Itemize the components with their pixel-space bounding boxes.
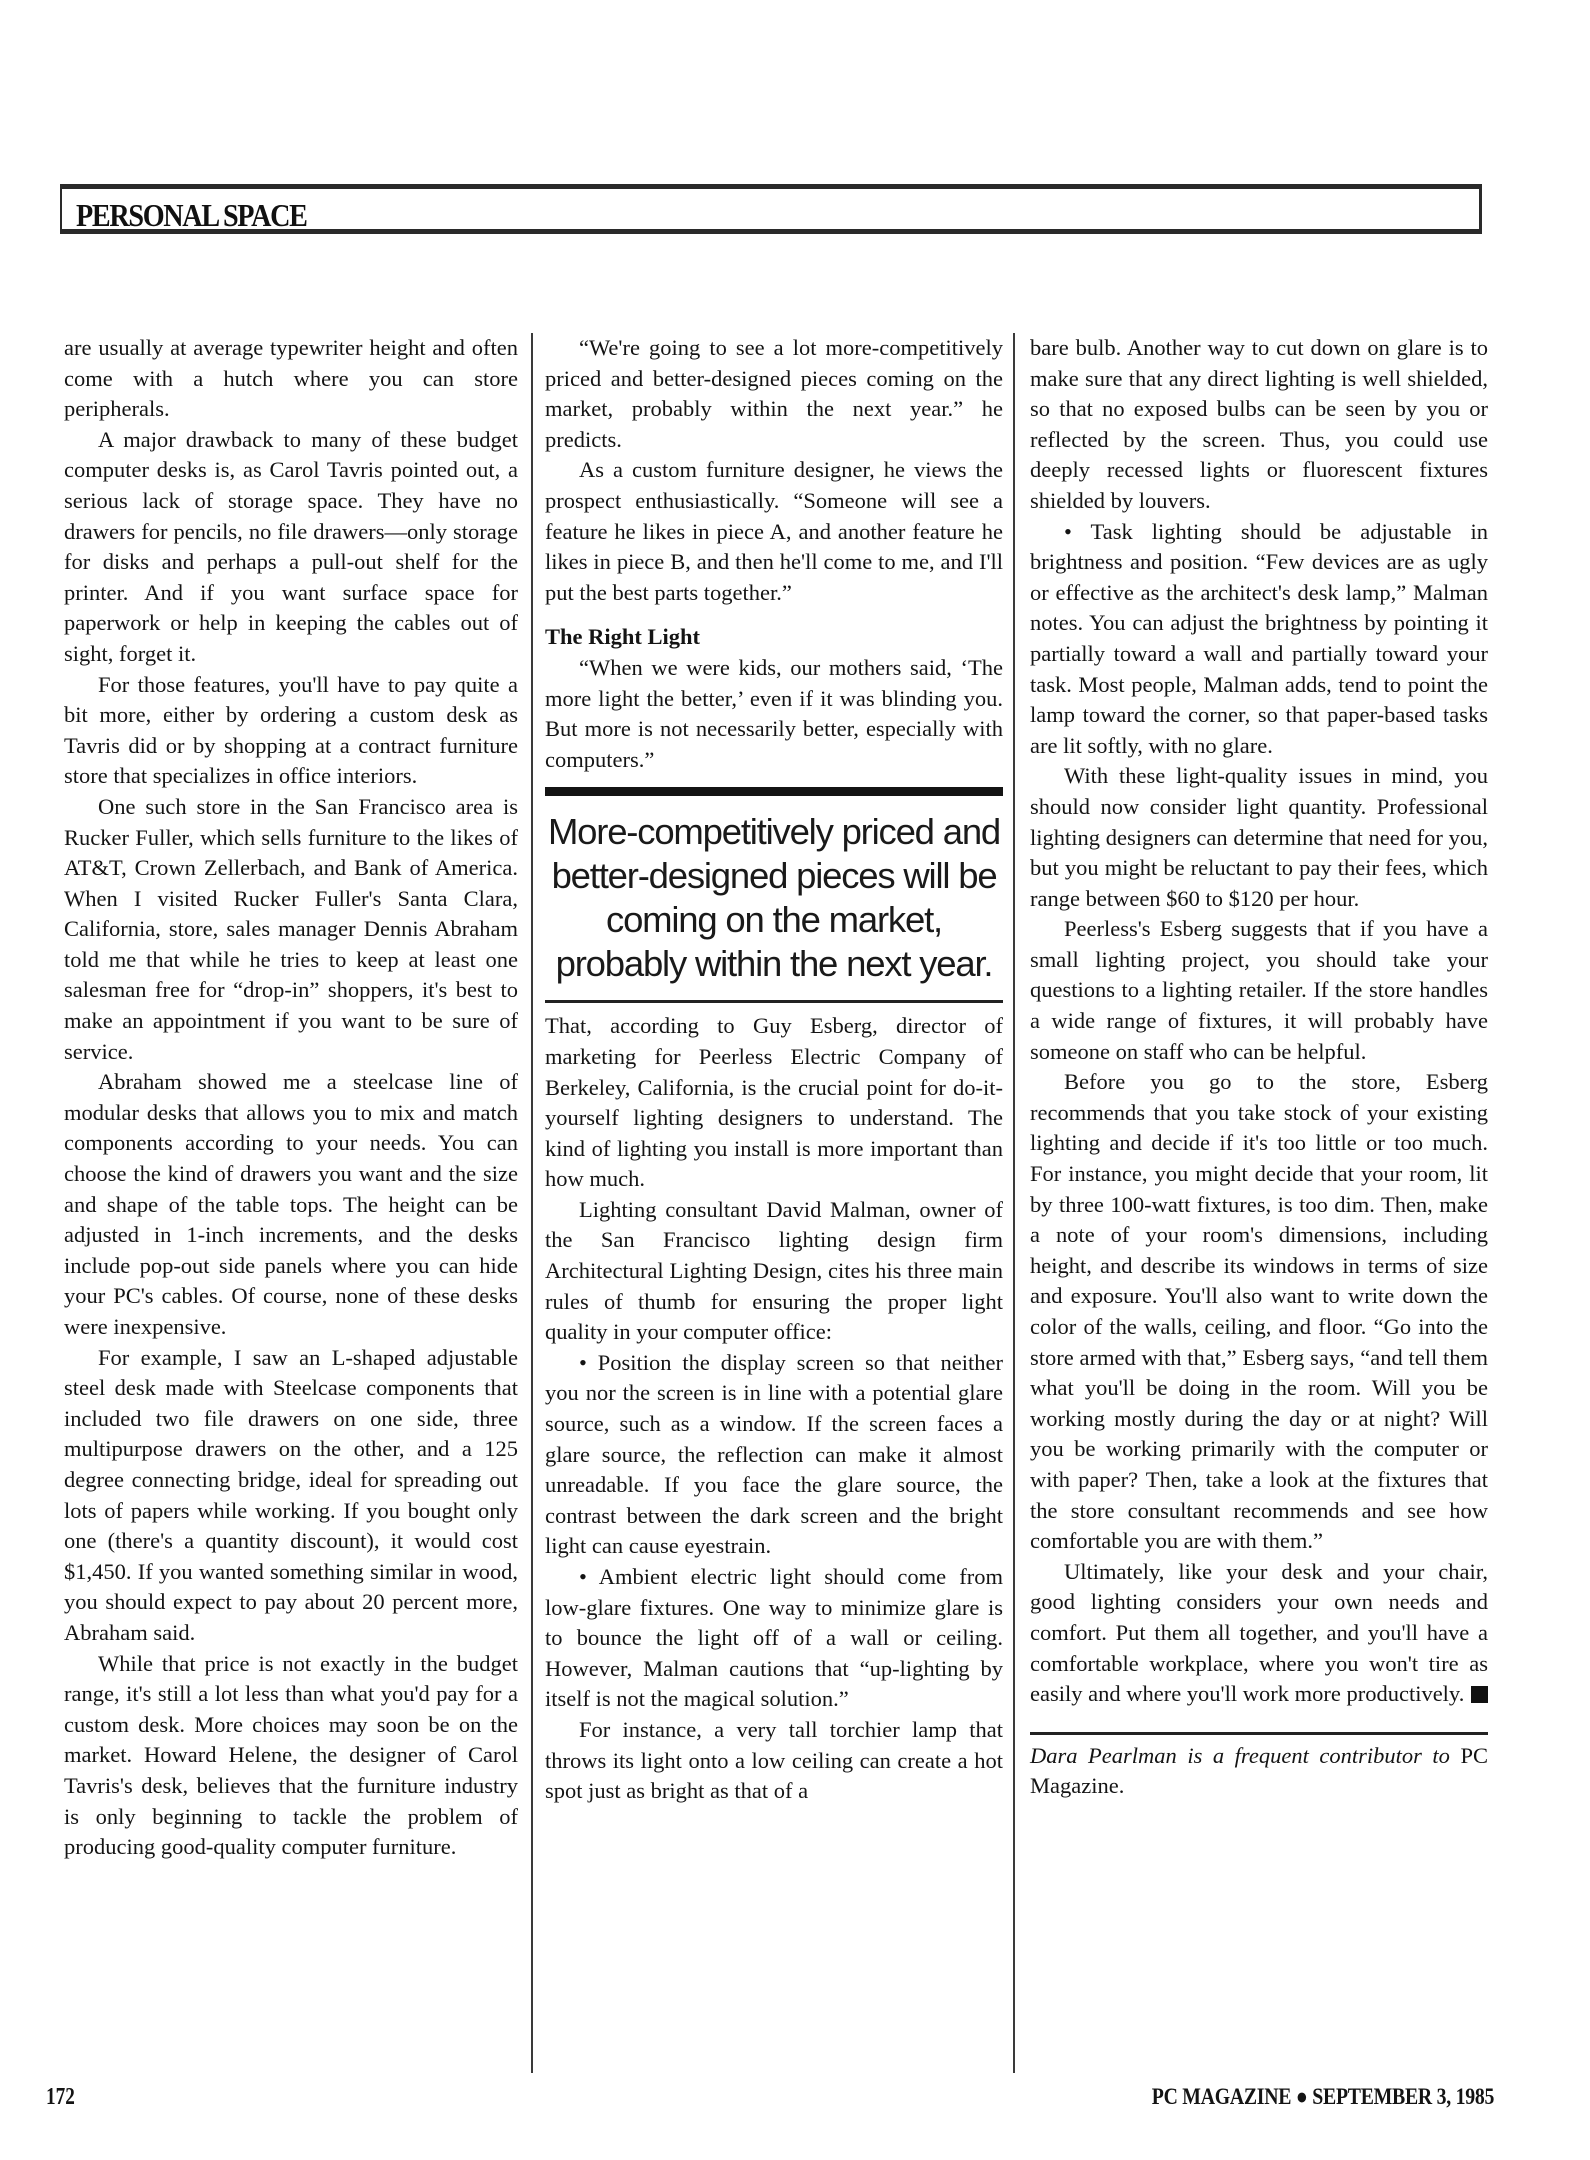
subheading: The Right Light: [545, 622, 1003, 653]
section-header: PERSONAL SPACE: [60, 184, 1482, 234]
paragraph-text: Ultimately, like your desk and your chai…: [1030, 1559, 1488, 1706]
pull-quote: More-competitively priced and better-des…: [545, 787, 1003, 1003]
paragraph: “We're going to see a lot more-competiti…: [545, 333, 1003, 455]
paragraph: Peerless's Esberg suggests that if you h…: [1030, 914, 1488, 1067]
paragraph: Before you go to the store, Esberg recom…: [1030, 1067, 1488, 1557]
paragraph: bare bulb. Another way to cut down on gl…: [1030, 333, 1488, 517]
bullet-paragraph: • Ambient electric light should come fro…: [545, 1562, 1003, 1715]
column-divider-2: [1013, 333, 1015, 2073]
paragraph: For those features, you'll have to pay q…: [64, 670, 518, 792]
bullet-paragraph: • Task lighting should be adjustable in …: [1030, 517, 1488, 762]
paragraph: For example, I saw an L-shaped adjustabl…: [64, 1343, 518, 1649]
paragraph: That, according to Guy Esberg, director …: [545, 1011, 1003, 1195]
article-column-2: “We're going to see a lot more-competiti…: [545, 333, 1003, 1807]
paragraph: While that price is not exactly in the b…: [64, 1649, 518, 1863]
end-of-article-mark-icon: [1471, 1686, 1488, 1703]
paragraph: Abraham showed me a steelcase line of mo…: [64, 1067, 518, 1342]
publication-dateline: PC MAGAZINE ● SEPTEMBER 3, 1985: [1152, 2084, 1494, 2110]
paragraph: are usually at average typewriter height…: [64, 333, 518, 425]
page-number: 172: [46, 2084, 75, 2111]
paragraph: One such store in the San Francisco area…: [64, 792, 518, 1067]
section-title: PERSONAL SPACE: [76, 197, 307, 234]
paragraph: For instance, a very tall torchier lamp …: [545, 1715, 1003, 1807]
paragraph: A major drawback to many of these budget…: [64, 425, 518, 670]
paragraph: Lighting consultant David Malman, owner …: [545, 1195, 1003, 1348]
paragraph: “When we were kids, our mothers said, ‘T…: [545, 653, 1003, 775]
column-divider-1: [531, 333, 533, 2073]
paragraph: As a custom furniture designer, he views…: [545, 455, 1003, 608]
author-bio-italic: Dara Pearlman is a frequent contributor …: [1030, 1743, 1450, 1768]
paragraph: With these light-quality issues in mind,…: [1030, 761, 1488, 914]
final-paragraph: Ultimately, like your desk and your chai…: [1030, 1557, 1488, 1710]
article-column-3: bare bulb. Another way to cut down on gl…: [1030, 333, 1488, 1802]
article-column-1: are usually at average typewriter height…: [64, 333, 518, 1863]
author-bio: Dara Pearlman is a frequent contributor …: [1030, 1732, 1488, 1802]
bullet-paragraph: • Position the display screen so that ne…: [545, 1348, 1003, 1562]
